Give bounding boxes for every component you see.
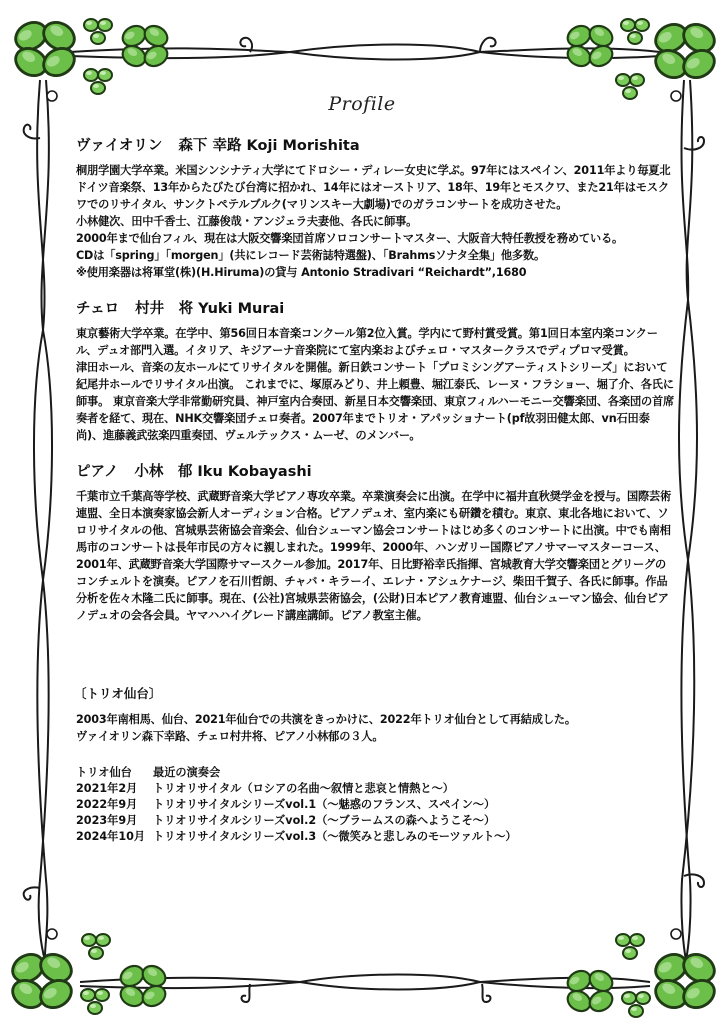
profile-violin: ヴァイオリン森下 幸路 Koji Morishita 桐朋学園大学卒業。米国シン… [76, 136, 676, 281]
top-left-clovers [11, 17, 171, 101]
bottom-left-clovers [8, 929, 169, 1014]
name-english: Koji Morishita [247, 138, 360, 154]
page-title: Profile [0, 93, 724, 115]
left-vine [24, 80, 52, 960]
bio-paragraph: CDは「spring」「morgen」(共にレコード芸術誌特選盤)、「Brahm… [76, 247, 676, 264]
concert-title: トリオリサイタルシリーズvol.3（～微笑みと悲しみのモーツァルト～） [153, 829, 517, 845]
concert-date: 2022年9月 [76, 797, 153, 813]
bio-paragraph: ※使用楽器は将軍堂(株)(H.Hiruma)の貸与 Antonio Stradi… [76, 264, 676, 281]
bio-paragraph: 2000年まで仙台フィル、現在は大阪交響楽団首席ソロコンサートマスター、大阪音大… [76, 230, 676, 247]
right-vine [679, 80, 704, 960]
concert-date: 2021年2月 [76, 781, 153, 797]
concert-title: トリオリサイタルシリーズvol.1（～魅惑のフランス、スペイン～） [153, 797, 495, 813]
bottom-right-clovers [564, 929, 719, 1017]
profile-heading: チェロ村井 将 Yuki Murai [76, 299, 676, 319]
trio-section: 〔トリオ仙台〕 2003年南相馬、仙台、2021年仙台での共演をきっかけに、20… [76, 685, 676, 845]
name-english: Yuki Murai [198, 301, 284, 317]
bio-paragraph: 千葉市立千葉高等学校、武蔵野音楽大学ピアノ専攻卒業。卒業演奏会に出演。在学中に福… [76, 488, 676, 624]
profile-heading: ヴァイオリン森下 幸路 Koji Morishita [76, 136, 676, 156]
concert-item: 2024年10月 トリオリサイタルシリーズvol.3（～微笑みと悲しみのモーツァ… [76, 829, 676, 845]
bio-paragraph: 東京藝術大学卒業。在学中、第56回日本音楽コンクール第2位入賞。学内にて野村賞受… [76, 325, 676, 359]
trio-description-line: 2003年南相馬、仙台、2021年仙台での共演をきっかけに、2022年トリオ仙台… [76, 711, 676, 728]
concert-item: 2021年2月 トリオリサイタル（ロシアの名曲～叙情と悲哀と情熱と～） [76, 781, 676, 797]
bio-paragraph: 津田ホール、音楽の友ホールにてリサイタルを開催。新日鉄コンサート「プロミシングア… [76, 359, 676, 444]
bottom-vine [80, 975, 650, 1003]
instrument-label: ピアノ [76, 464, 118, 480]
name-japanese: 森下 幸路 [178, 138, 241, 154]
instrument-label: ヴァイオリン [76, 138, 162, 154]
instrument-label: チェロ [76, 301, 119, 317]
bio-paragraph: 小林健次、田中千香士、江藤俊哉・アンジェラ夫妻他、各氏に師事。 [76, 213, 676, 230]
concert-item: 2022年9月 トリオリサイタルシリーズvol.1（～魅惑のフランス、スペイン～… [76, 797, 676, 813]
concert-list: トリオ仙台 最近の演奏会 2021年2月 トリオリサイタル（ロシアの名曲～叙情と… [76, 765, 676, 845]
concert-item: 2023年9月 トリオリサイタルシリーズvol.2（～ブラームスの森へようこそ～… [76, 813, 676, 829]
concert-date: 2023年9月 [76, 813, 153, 829]
trio-heading: 〔トリオ仙台〕 [74, 685, 676, 703]
profiles-content: ヴァイオリン森下 幸路 Koji Morishita 桐朋学園大学卒業。米国シン… [76, 136, 676, 642]
name-japanese: 小林 郁 [134, 464, 192, 480]
name-english: Iku Kobayashi [197, 464, 311, 480]
concert-header-left: トリオ仙台 [76, 765, 153, 781]
concert-date: 2024年10月 [76, 829, 153, 845]
concert-title: トリオリサイタルシリーズvol.2（～ブラームスの森へようこそ～） [153, 813, 495, 829]
profile-heading: ピアノ小林 郁 Iku Kobayashi [76, 462, 676, 482]
name-japanese: 村井 将 [135, 301, 193, 317]
profile-cello: チェロ村井 将 Yuki Murai 東京藝術大学卒業。在学中、第56回日本音楽… [76, 299, 676, 444]
top-vine [70, 38, 660, 60]
concert-list-header: トリオ仙台 最近の演奏会 [76, 765, 676, 781]
bio-paragraph: 桐朋学園大学卒業。米国シンシナティ大学にてドロシー・ディレー女史に学ぶ。97年に… [76, 162, 676, 213]
profile-piano: ピアノ小林 郁 Iku Kobayashi 千葉市立千葉高等学校、武蔵野音楽大学… [76, 462, 676, 624]
trio-description-line: ヴァイオリン森下幸路、チェロ村井将、ピアノ小林郁の３人。 [76, 728, 676, 745]
concert-title: トリオリサイタル（ロシアの名曲～叙情と悲哀と情熱と～） [153, 781, 454, 797]
top-right-clovers [564, 19, 719, 101]
concert-header-right: 最近の演奏会 [153, 765, 220, 781]
